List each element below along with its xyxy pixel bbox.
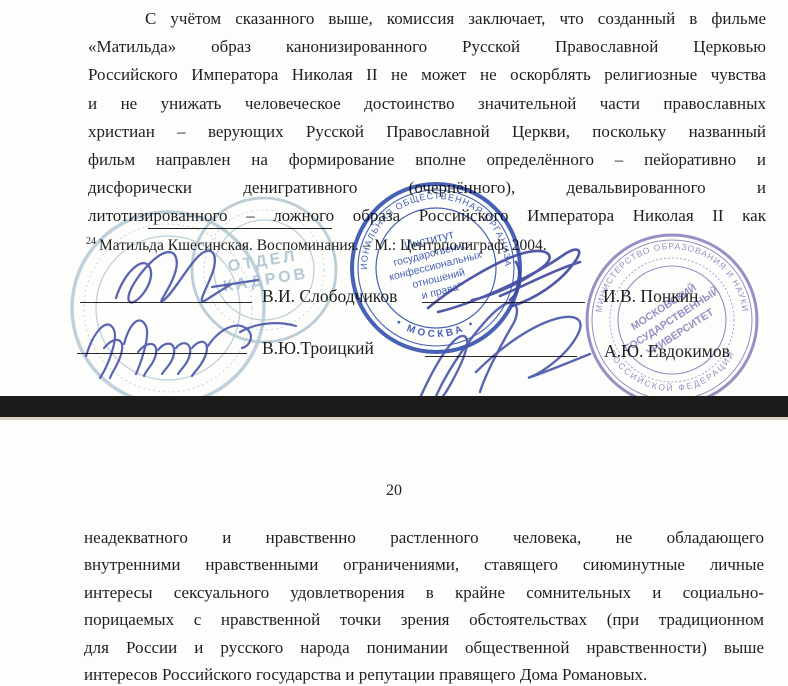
signature-line-ponkin [422, 302, 585, 303]
text-line: Российского Императора Николая II не мож… [88, 61, 766, 89]
text-line: для России и русского народа понимании о… [84, 634, 764, 661]
footnote-marker: 24 [86, 236, 96, 247]
text-line: внутренними нравственными ограничениями,… [84, 551, 764, 578]
institute-stamp-ring-bottom: • МОСКВА • [394, 317, 478, 340]
text-line: дисфорически денигративного (очернённого… [88, 174, 766, 202]
institute-stamp-center-line: отношений [411, 266, 466, 291]
svg-text:• МОСКВА •: • МОСКВА • [394, 317, 478, 340]
text-line: «Матильда» образ канонизированного Русск… [88, 33, 766, 61]
page-separator-edge [0, 417, 788, 420]
footnote-separator [148, 228, 332, 229]
footnote: 24Матильда Кшесинская. Воспоминания. – М… [86, 236, 547, 255]
page-separator-band [0, 396, 788, 417]
text-line: неадекватного и нравственно растленного … [84, 524, 764, 551]
text-line: интересы сексуального удовлетворения в к… [84, 579, 764, 606]
text-line: фильм направлен на формирование вполне о… [88, 146, 766, 174]
signature-ink-slobodchikov [116, 251, 258, 303]
signatory-name-troitsky: В.Ю.Троицкий [262, 338, 374, 359]
signature-line-troitsky [77, 353, 247, 354]
text-line: христиан – верующих Русской Православной… [88, 118, 766, 146]
page1-paragraph: С учётом сказанного выше, комиссия заклю… [88, 5, 766, 231]
institute-stamp-center-line: и права" [420, 280, 463, 302]
text-line: порицаемых с нравственной точки зрения о… [84, 606, 764, 633]
signature-line-slobodchikov [80, 302, 252, 303]
text-line: интересов Российского государства и репу… [84, 661, 764, 686]
page2-paragraph: неадекватного и нравственно растленного … [84, 524, 764, 686]
text-line: и не унижать человеческое достоинство зн… [88, 90, 766, 118]
signatory-name-evdokimov: А.Ю. Евдокимов [604, 341, 730, 362]
page-number: 20 [0, 482, 788, 500]
text-line: литотизированного – ложного образа Росси… [88, 202, 766, 230]
signature-line-evdokimov [425, 356, 577, 357]
signature-ink-evdokimov [420, 303, 590, 401]
footnote-text: Матильда Кшесинская. Воспоминания. – М.:… [99, 237, 547, 254]
text-line: С учётом сказанного выше, комиссия заклю… [88, 5, 766, 33]
signatory-name-ponkin: И.В. Понкин [603, 286, 698, 307]
university-stamp: МИНИСТЕРСТВО ОБРАЗОВАНИЯ И НАУКИ РОССИЙС… [587, 235, 757, 405]
signatory-name-slobodchikov: В.И. Слободчиков [262, 286, 397, 307]
